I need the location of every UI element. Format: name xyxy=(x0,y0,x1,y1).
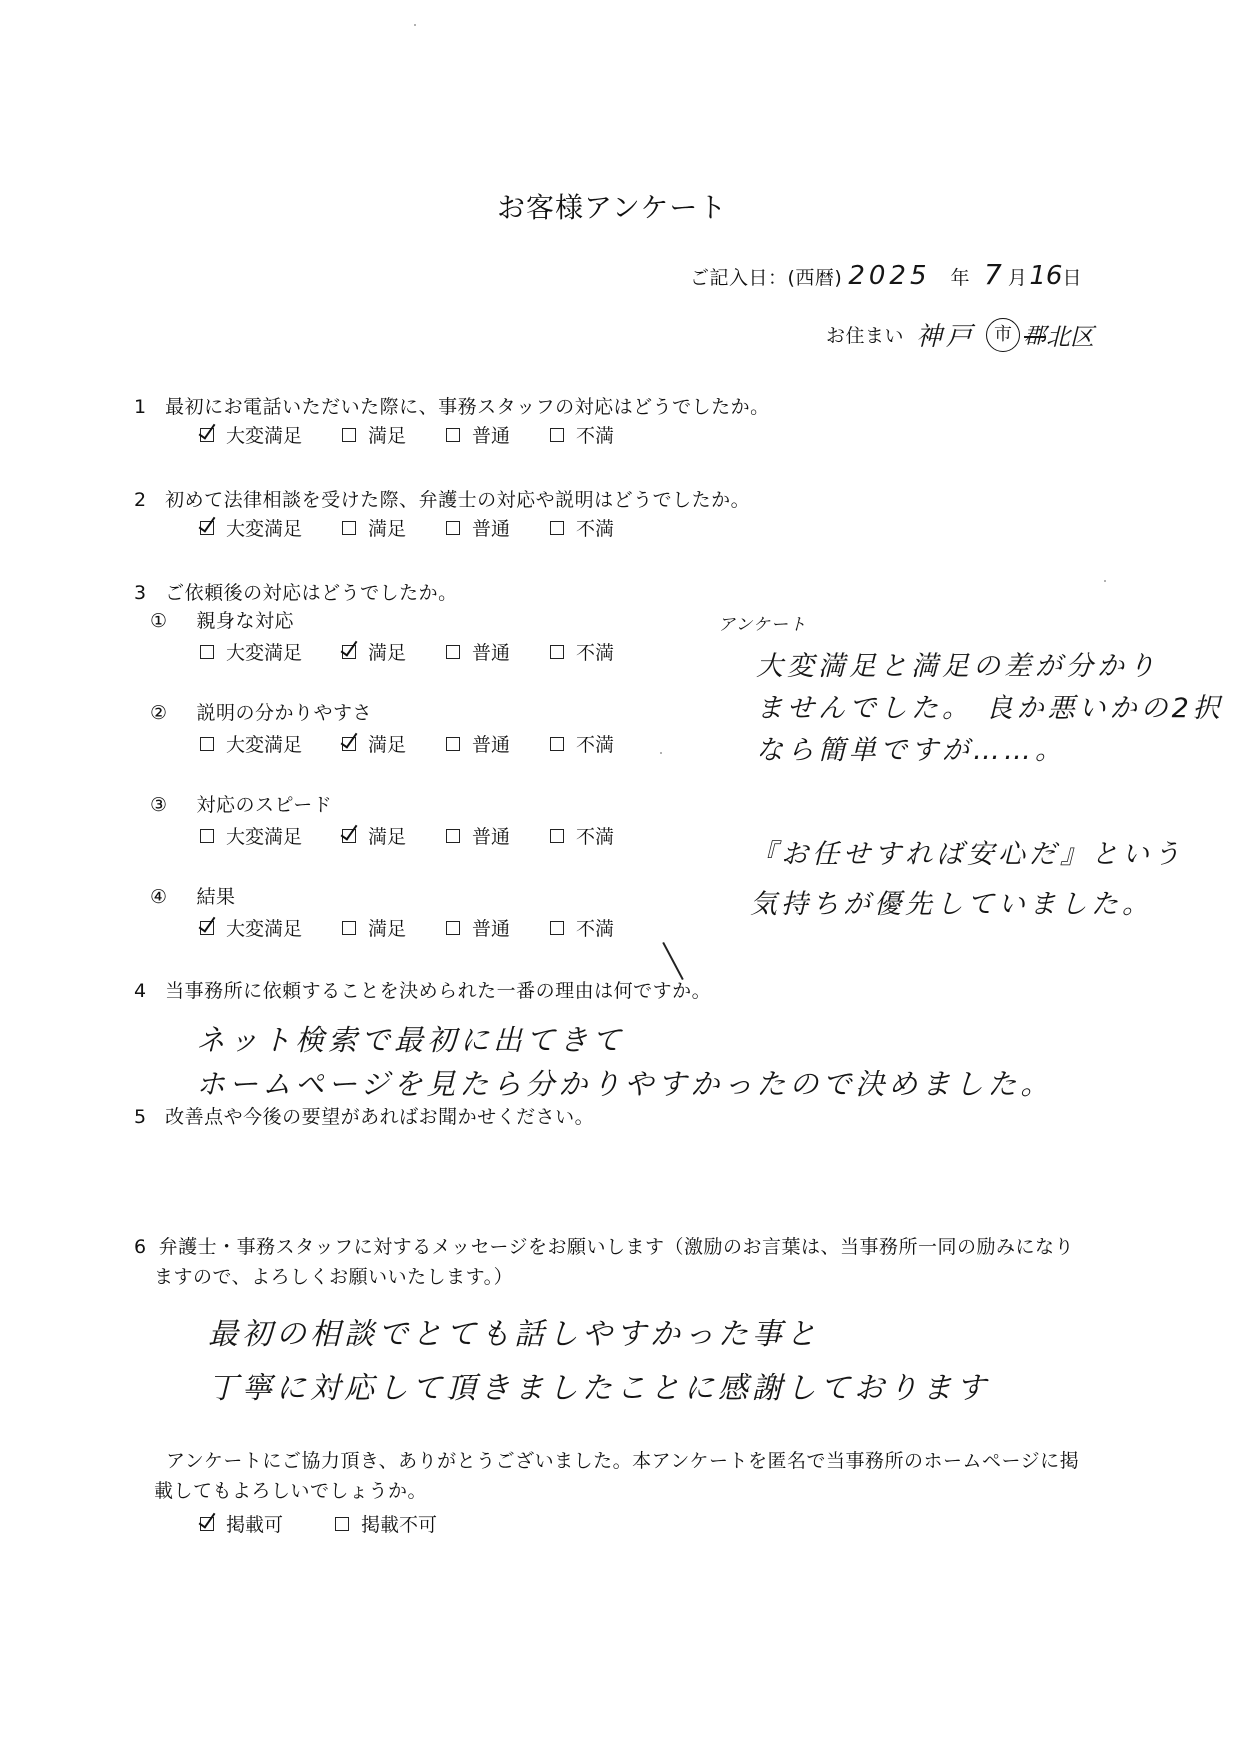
question-number: 5 xyxy=(134,1106,147,1128)
closing-text: アンケートにご協力頂き、ありがとうございました。本アンケートを匿名で当事務所のホ… xyxy=(166,1446,1079,1506)
q3-sub-4: ④ 結果 xyxy=(150,882,236,909)
question-text: 弁護士・事務スタッフに対するメッセージをお願いします（激励のお言葉は、当事務所一… xyxy=(159,1236,1074,1258)
q3-2-option-dissatisfied[interactable]: 不満 xyxy=(550,730,614,757)
date-month-unit: 月 xyxy=(1008,263,1028,290)
checkbox[interactable] xyxy=(200,829,214,843)
city-type-circled[interactable]: 市 xyxy=(986,318,1020,352)
q3-3-option-satisfied[interactable]: 満足 xyxy=(342,822,406,849)
address-label: お住まい xyxy=(826,321,904,348)
q3-3-option-very-satisfied[interactable]: 大変満足 xyxy=(200,822,302,849)
q3-4-option-dissatisfied[interactable]: 不満 xyxy=(550,914,614,941)
option-label: 大変満足 xyxy=(226,514,302,541)
checkbox[interactable] xyxy=(446,737,460,751)
date-label: ご記入日：(西暦) xyxy=(690,263,842,290)
option-label: 普通 xyxy=(472,730,510,757)
checkbox[interactable] xyxy=(200,737,214,751)
q3-4-options: 大変満足 満足 普通 不満 xyxy=(200,914,654,941)
q3-4-option-satisfied[interactable]: 満足 xyxy=(342,914,406,941)
checkbox[interactable] xyxy=(342,921,356,935)
checkbox-checked[interactable] xyxy=(342,829,356,843)
checkbox-checked[interactable] xyxy=(200,1517,214,1531)
option-label: 満足 xyxy=(368,730,406,757)
question-number: 3 xyxy=(134,582,147,604)
option-label: 大変満足 xyxy=(226,730,302,757)
q3-3-option-dissatisfied[interactable]: 不満 xyxy=(550,822,614,849)
q3-1-options: 大変満足 満足 普通 不満 xyxy=(200,638,654,665)
q3-2-options: 大変満足 満足 普通 不満 xyxy=(200,730,654,757)
checkbox[interactable] xyxy=(342,521,356,535)
checkbox[interactable] xyxy=(446,521,460,535)
option-label: 掲載可 xyxy=(226,1510,283,1537)
side-note-line: ませんでした。 良か悪いかの2択 xyxy=(756,688,1224,730)
q1-options: 大変満足 満足 普通 不満 xyxy=(200,421,654,448)
option-label: 掲載不可 xyxy=(361,1510,437,1537)
q3-2-option-neutral[interactable]: 普通 xyxy=(446,730,510,757)
sub-mark: ④ xyxy=(150,886,180,908)
q1-option-satisfied[interactable]: 満足 xyxy=(342,421,406,448)
question-number: 2 xyxy=(134,489,147,511)
option-label: 普通 xyxy=(472,421,510,448)
option-label: 大変満足 xyxy=(226,822,302,849)
question-number: 4 xyxy=(134,980,147,1002)
side-note-line: なら簡単ですが……。 xyxy=(756,730,1224,772)
checkbox[interactable] xyxy=(550,921,564,935)
option-label: 満足 xyxy=(368,514,406,541)
checkbox[interactable] xyxy=(446,829,460,843)
sub-text: 結果 xyxy=(197,886,236,908)
q5-answer-area[interactable] xyxy=(196,1140,1096,1220)
question-5: 5 改善点や今後の要望があればお聞かせください。 xyxy=(134,1102,594,1129)
answer-line: 丁寧に対応して頂きましたことに感謝しております xyxy=(208,1362,990,1416)
closing-line: アンケートにご協力頂き、ありがとうございました。本アンケートを匿名で当事務所のホ… xyxy=(166,1446,1079,1476)
question-text: ご依頼後の対応はどうでしたか。 xyxy=(165,582,458,604)
date-year[interactable]: 2025 xyxy=(848,261,930,291)
question-number: 1 xyxy=(134,396,147,418)
checkbox-checked[interactable] xyxy=(200,521,214,535)
checkbox[interactable] xyxy=(550,737,564,751)
option-label: 普通 xyxy=(472,638,510,665)
checkbox-checked[interactable] xyxy=(200,921,214,935)
sub-mark: ② xyxy=(150,702,180,724)
checkbox[interactable] xyxy=(446,645,460,659)
question-1: 1 最初にお電話いただいた際に、事務スタッフの対応はどうでしたか。 xyxy=(134,392,770,419)
publish-allowed[interactable]: 掲載可 xyxy=(200,1510,283,1537)
question-6: 6弁護士・事務スタッフに対するメッセージをお願いします（激励のお言葉は、当事務所… xyxy=(134,1232,1074,1292)
q3-1-option-neutral[interactable]: 普通 xyxy=(446,638,510,665)
option-label: 満足 xyxy=(368,914,406,941)
side-note-line: 『お任せすれば安心だ』という xyxy=(750,830,1184,880)
q2-option-dissatisfied[interactable]: 不満 xyxy=(550,514,614,541)
checkbox[interactable] xyxy=(550,829,564,843)
scan-speck xyxy=(660,752,662,754)
side-note-heading: アンケート xyxy=(718,610,807,635)
option-label: 大変満足 xyxy=(226,914,302,941)
question-3: 3 ご依頼後の対応はどうでしたか。 xyxy=(134,578,458,605)
pen-stroke xyxy=(662,942,683,980)
question-text: 当事務所に依頼することを決められた一番の理由は何ですか。 xyxy=(165,980,711,1002)
answer-line: 最初の相談でとても話しやすかった事と xyxy=(208,1308,990,1362)
option-label: 満足 xyxy=(368,421,406,448)
address: お住まい 神戸 市 郡 北区 xyxy=(826,316,1094,353)
checkbox[interactable] xyxy=(446,428,460,442)
q1-option-very-satisfied[interactable]: 大変満足 xyxy=(200,421,302,448)
date-day-unit: 日 xyxy=(1062,263,1082,290)
checkbox[interactable] xyxy=(550,428,564,442)
q3-1-option-dissatisfied[interactable]: 不満 xyxy=(550,638,614,665)
option-label: 不満 xyxy=(576,421,614,448)
option-label: 不満 xyxy=(576,914,614,941)
side-note-line: 気持ちが優先していました。 xyxy=(750,880,1184,930)
q2-option-neutral[interactable]: 普通 xyxy=(446,514,510,541)
q3-sub-2: ② 説明の分かりやすさ xyxy=(150,698,372,725)
question-text: 改善点や今後の要望があればお聞かせください。 xyxy=(165,1106,594,1128)
sub-mark: ③ xyxy=(150,794,180,816)
closing-line: 載してもよろしいでしょうか。 xyxy=(154,1476,1079,1506)
ward-struck: 郡 xyxy=(1024,319,1046,350)
option-label: 普通 xyxy=(472,822,510,849)
checkbox[interactable] xyxy=(550,645,564,659)
question-number: 6 xyxy=(134,1236,147,1258)
option-label: 満足 xyxy=(368,638,406,665)
sub-text: 説明の分かりやすさ xyxy=(197,702,373,724)
q6-answer[interactable]: 最初の相談でとても話しやすかった事と 丁寧に対応して頂きましたことに感謝しており… xyxy=(208,1308,990,1416)
side-note-body-2: 『お任せすれば安心だ』という 気持ちが優先していました。 xyxy=(750,830,1184,930)
scan-speck xyxy=(1104,580,1106,582)
checkbox-checked[interactable] xyxy=(342,645,356,659)
q2-option-satisfied[interactable]: 満足 xyxy=(342,514,406,541)
checkbox-checked[interactable] xyxy=(200,428,214,442)
q3-3-options: 大変満足 満足 普通 不満 xyxy=(200,822,654,849)
question-4: 4 当事務所に依頼することを決められた一番の理由は何ですか。 xyxy=(134,976,711,1003)
address-city[interactable]: 神戸 xyxy=(916,316,976,353)
option-label: 普通 xyxy=(472,914,510,941)
sub-text: 対応のスピード xyxy=(197,794,333,816)
checkbox[interactable] xyxy=(200,645,214,659)
q1-option-dissatisfied[interactable]: 不満 xyxy=(550,421,614,448)
option-label: 大変満足 xyxy=(226,421,302,448)
q4-answer[interactable]: ネット検索で最初に出てきて ホームページを見たら分かりやすかったので決めました。 xyxy=(196,1018,1053,1106)
q1-option-neutral[interactable]: 普通 xyxy=(446,421,510,448)
sub-mark: ① xyxy=(150,610,180,632)
publish-options: 掲載可 掲載不可 xyxy=(200,1510,477,1537)
side-note-line: 大変満足と満足の差が分かり xyxy=(756,646,1224,688)
q3-sub-1: ① 親身な対応 xyxy=(150,606,294,633)
q3-4-option-very-satisfied[interactable]: 大変満足 xyxy=(200,914,302,941)
entry-date: ご記入日：(西暦) 2025 年 7 月 16 日 xyxy=(690,258,1082,291)
q3-2-option-satisfied[interactable]: 満足 xyxy=(342,730,406,757)
checkbox[interactable] xyxy=(342,428,356,442)
checkbox[interactable] xyxy=(550,521,564,535)
option-label: 不満 xyxy=(576,822,614,849)
checkbox-checked[interactable] xyxy=(342,737,356,751)
question-text: 初めて法律相談を受けた際、弁護士の対応や説明はどうでしたか。 xyxy=(165,489,750,511)
option-label: 不満 xyxy=(576,730,614,757)
q3-1-option-very-satisfied[interactable]: 大変満足 xyxy=(200,638,302,665)
q3-3-option-neutral[interactable]: 普通 xyxy=(446,822,510,849)
question-text: 最初にお電話いただいた際に、事務スタッフの対応はどうでしたか。 xyxy=(165,396,770,418)
question-2: 2 初めて法律相談を受けた際、弁護士の対応や説明はどうでしたか。 xyxy=(134,485,750,512)
option-label: 大変満足 xyxy=(226,638,302,665)
publish-not-allowed[interactable]: 掲載不可 xyxy=(335,1510,437,1537)
q2-option-very-satisfied[interactable]: 大変満足 xyxy=(200,514,302,541)
checkbox[interactable] xyxy=(446,921,460,935)
checkbox[interactable] xyxy=(335,1517,349,1531)
q2-options: 大変満足 満足 普通 不満 xyxy=(200,514,654,541)
sub-text: 親身な対応 xyxy=(197,610,295,632)
page-title: お客様アンケート xyxy=(497,186,727,226)
date-year-unit: 年 xyxy=(951,263,971,290)
side-note-body: 大変満足と満足の差が分かり ませんでした。 良か悪いかの2択 なら簡単ですが……… xyxy=(756,646,1224,772)
q3-sub-3: ③ 対応のスピード xyxy=(150,790,332,817)
q3-1-option-satisfied[interactable]: 満足 xyxy=(342,638,406,665)
option-label: 不満 xyxy=(576,514,614,541)
q3-4-option-neutral[interactable]: 普通 xyxy=(446,914,510,941)
answer-line: ホームページを見たら分かりやすかったので決めました。 xyxy=(196,1062,1053,1106)
question-text-cont: ますので、よろしくお願いいたします。） xyxy=(154,1262,1074,1292)
option-label: 不満 xyxy=(576,638,614,665)
q3-2-option-very-satisfied[interactable]: 大変満足 xyxy=(200,730,302,757)
date-month[interactable]: 7 xyxy=(984,258,1006,291)
answer-line: ネット検索で最初に出てきて xyxy=(196,1018,1053,1062)
date-day[interactable]: 16 xyxy=(1029,261,1062,291)
scan-speck xyxy=(414,24,416,26)
address-ward[interactable]: 北区 xyxy=(1046,317,1094,352)
option-label: 満足 xyxy=(368,822,406,849)
option-label: 普通 xyxy=(472,514,510,541)
